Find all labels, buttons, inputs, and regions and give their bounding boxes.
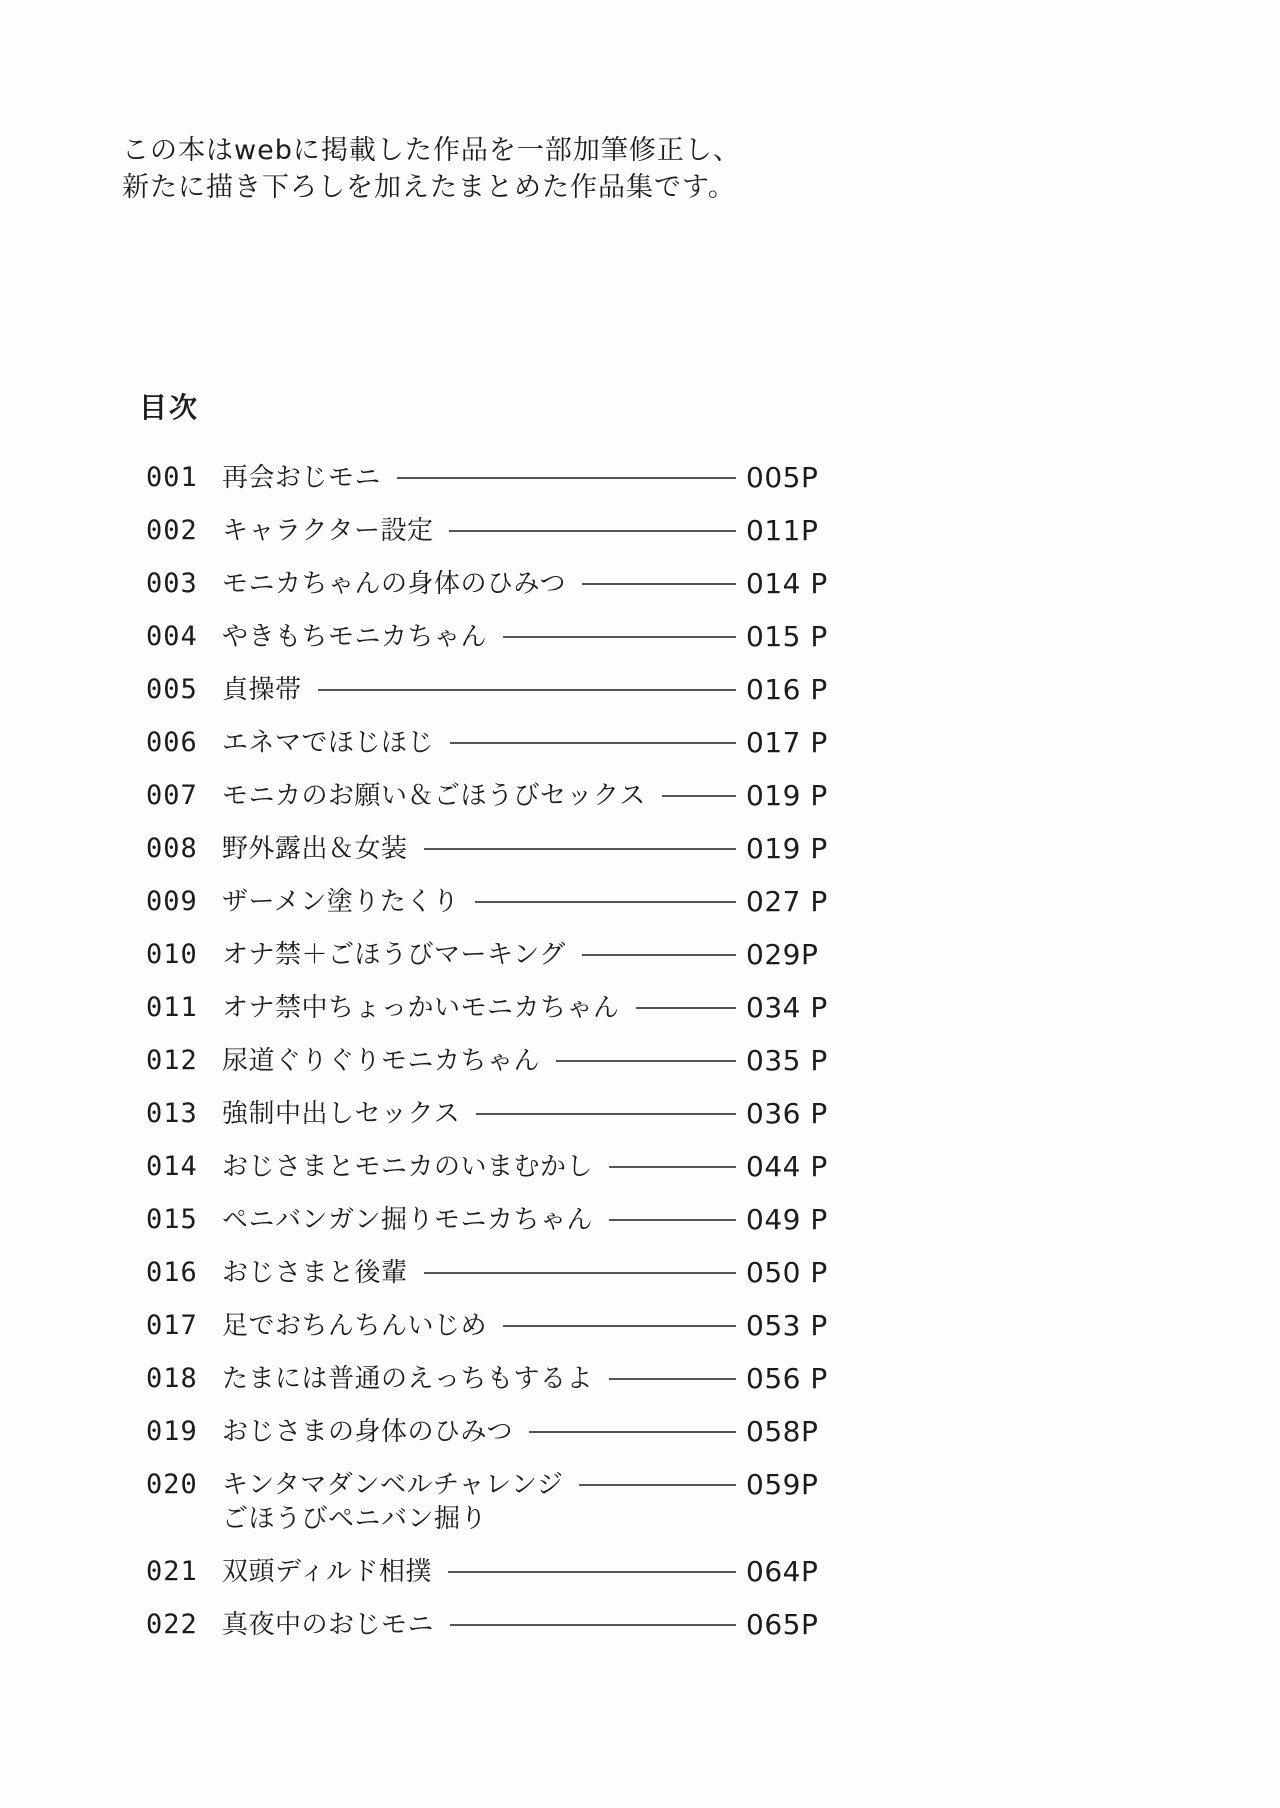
- toc-entry-title: モニカちゃんの身体のひみつ: [222, 567, 566, 601]
- toc-entry-number: 006: [146, 726, 222, 760]
- toc-row: 012 尿道ぐりぐりモニカちゃん 035 P: [146, 1044, 823, 1078]
- toc-row: 022 真夜中のおじモニ 065P: [146, 1608, 823, 1642]
- toc-leader-line: [397, 477, 736, 479]
- toc-page-number: 017 P: [746, 726, 823, 760]
- toc-entry-title: オナ禁＋ごほうびマーキング: [222, 938, 566, 972]
- toc-leader-line: [318, 689, 736, 691]
- toc-entry-title-line: 貞操帯: [222, 673, 302, 707]
- toc-entry-number: 008: [146, 832, 222, 866]
- toc-row: 016 おじさまと後輩 050 P: [146, 1256, 823, 1290]
- toc-entry-title-line: ザーメン塗りたくり: [222, 885, 459, 919]
- toc-entry-number: 012: [146, 1044, 222, 1078]
- toc-entry-number: 022: [146, 1608, 222, 1642]
- toc-leader-line: [529, 1431, 736, 1433]
- toc-leader-line: [450, 1624, 736, 1626]
- toc-heading: 目次: [139, 386, 199, 426]
- toc-page-number: 029P: [746, 938, 823, 972]
- toc-page-number: 053 P: [746, 1309, 823, 1343]
- toc-leader-line: [662, 795, 736, 797]
- toc-leader-line: [424, 1272, 736, 1274]
- toc-entry-title: 貞操帯: [222, 673, 302, 707]
- toc-entry-title-line: 強制中出しセックス: [222, 1097, 460, 1131]
- toc-entry-title: 真夜中のおじモニ: [222, 1608, 434, 1642]
- toc-leader-line: [582, 583, 736, 585]
- toc-entry-title: おじさまとモニカのいまむかし: [222, 1150, 593, 1184]
- toc-row: 001 再会おじモニ 005P: [146, 461, 823, 495]
- toc-entry-number: 021: [146, 1555, 222, 1589]
- toc-entry-title-line: 双頭ディルド相撲: [222, 1555, 432, 1589]
- toc-entry-number: 004: [146, 620, 222, 654]
- toc-row: 011 オナ禁中ちょっかいモニカちゃん 034 P: [146, 991, 823, 1025]
- toc-row: 017 足でおちんちんいじめ 053 P: [146, 1309, 823, 1343]
- toc-entry-number: 011: [146, 991, 222, 1025]
- toc-entry-title-line: オナ禁中ちょっかいモニカちゃん: [222, 991, 620, 1025]
- toc-entry-title-line: ペニバンガン掘りモニカちゃん: [222, 1203, 593, 1237]
- toc-entry-title: キンタマダンベルチャレンジごほうびペニバン掘り: [222, 1468, 563, 1536]
- toc-leader-line: [476, 1113, 736, 1115]
- intro-note-line-1: この本はwebに掲載した作品を一部加筆修正し、: [122, 132, 741, 169]
- toc-entry-title: 強制中出しセックス: [222, 1097, 460, 1131]
- toc-leader-line: [609, 1166, 736, 1168]
- toc-page-number: 019 P: [746, 779, 823, 813]
- toc-page-number: 011P: [746, 514, 823, 548]
- toc-row: 008 野外露出＆女装 019 P: [146, 832, 823, 866]
- toc-entry-title-line: やきもちモニカちゃん: [222, 620, 487, 654]
- toc-page-number: 056 P: [746, 1362, 823, 1396]
- toc-entry-title-line: 野外露出＆女装: [222, 832, 408, 866]
- toc-entry-title-line: オナ禁＋ごほうびマーキング: [222, 938, 566, 972]
- toc-entry-title: 再会おじモニ: [222, 461, 381, 495]
- toc-row: 006 エネマでほじほじ 017 P: [146, 726, 823, 760]
- toc-row: 015 ペニバンガン掘りモニカちゃん 049 P: [146, 1203, 823, 1237]
- toc-page-number: 019 P: [746, 832, 823, 866]
- toc-list: 001 再会おじモニ 005P 002 キャラクター設定 011P 003 モニ…: [146, 461, 823, 1661]
- toc-entry-title: モニカのお願い＆ごほうびセックス: [222, 779, 646, 813]
- toc-entry-title-line: キャラクター設定: [222, 514, 433, 548]
- toc-entry-number: 014: [146, 1150, 222, 1184]
- toc-entry-number: 019: [146, 1415, 222, 1449]
- toc-entry-number: 005: [146, 673, 222, 707]
- toc-row: 003 モニカちゃんの身体のひみつ 014 P: [146, 567, 823, 601]
- toc-entry-title: キャラクター設定: [222, 514, 433, 548]
- toc-entry-title-line: 真夜中のおじモニ: [222, 1608, 434, 1642]
- toc-entry-title: やきもちモニカちゃん: [222, 620, 487, 654]
- toc-entry-title: ペニバンガン掘りモニカちゃん: [222, 1203, 593, 1237]
- toc-row: 019 おじさまの身体のひみつ 058P: [146, 1415, 823, 1449]
- toc-leader-line: [609, 1219, 736, 1221]
- toc-page-number: 059P: [746, 1468, 823, 1502]
- toc-row: 004 やきもちモニカちゃん 015 P: [146, 620, 823, 654]
- toc-row: 007 モニカのお願い＆ごほうびセックス 019 P: [146, 779, 823, 813]
- toc-entry-title-line: モニカちゃんの身体のひみつ: [222, 567, 566, 601]
- toc-entry-number: 003: [146, 567, 222, 601]
- toc-entry-title-line: おじさまの身体のひみつ: [222, 1415, 513, 1449]
- toc-row: 005 貞操帯 016 P: [146, 673, 823, 707]
- toc-entry-title: 尿道ぐりぐりモニカちゃん: [222, 1044, 540, 1078]
- toc-entry-number: 016: [146, 1256, 222, 1290]
- toc-leader-line: [449, 530, 736, 532]
- toc-page-number: 064P: [746, 1555, 823, 1589]
- toc-row: 021 双頭ディルド相撲 064P: [146, 1555, 823, 1589]
- toc-entry-title: 足でおちんちんいじめ: [222, 1309, 487, 1343]
- toc-entry-title-line: 再会おじモニ: [222, 461, 381, 495]
- toc-entry-title-line: エネマでほじほじ: [222, 726, 434, 760]
- toc-page-number: 014 P: [746, 567, 823, 601]
- toc-entry-number: 010: [146, 938, 222, 972]
- toc-leader-line: [448, 1571, 736, 1573]
- toc-row: 018 たまには普通のえっちもするよ 056 P: [146, 1362, 823, 1396]
- toc-entry-title: おじさまと後輩: [222, 1256, 408, 1290]
- toc-entry-number: 017: [146, 1309, 222, 1343]
- toc-entry-title: 双頭ディルド相撲: [222, 1555, 432, 1589]
- toc-entry-title-line: たまには普通のえっちもするよ: [222, 1362, 593, 1396]
- toc-entry-title: エネマでほじほじ: [222, 726, 434, 760]
- toc-entry-title: おじさまの身体のひみつ: [222, 1415, 513, 1449]
- toc-page-number: 050 P: [746, 1256, 823, 1290]
- toc-page-number: 027 P: [746, 885, 823, 919]
- toc-row: 014 おじさまとモニカのいまむかし 044 P: [146, 1150, 823, 1184]
- toc-entry-title-line: ごほうびペニバン掘り: [222, 1502, 563, 1536]
- intro-note-line-2: 新たに描き下ろしを加えたまとめた作品集です。: [122, 169, 741, 206]
- toc-row: 010 オナ禁＋ごほうびマーキング 029P: [146, 938, 823, 972]
- toc-row: 013 強制中出しセックス 036 P: [146, 1097, 823, 1131]
- toc-page-number: 034 P: [746, 991, 823, 1025]
- toc-leader-line: [503, 636, 736, 638]
- toc-page-number: 065P: [746, 1608, 823, 1642]
- toc-entry-number: 007: [146, 779, 222, 813]
- toc-leader-line: [475, 901, 736, 903]
- toc-entry-title: ザーメン塗りたくり: [222, 885, 459, 919]
- toc-entry-title: 野外露出＆女装: [222, 832, 408, 866]
- toc-entry-title: オナ禁中ちょっかいモニカちゃん: [222, 991, 620, 1025]
- toc-leader-line: [503, 1325, 736, 1327]
- intro-note: この本はwebに掲載した作品を一部加筆修正し、 新たに描き下ろしを加えたまとめた…: [122, 132, 741, 206]
- toc-entry-number: 013: [146, 1097, 222, 1131]
- toc-page-number: 036 P: [746, 1097, 823, 1131]
- toc-page-number: 035 P: [746, 1044, 823, 1078]
- toc-leader-line: [450, 742, 736, 744]
- toc-page-number: 058P: [746, 1415, 823, 1449]
- toc-entry-title: たまには普通のえっちもするよ: [222, 1362, 593, 1396]
- toc-page-number: 016 P: [746, 673, 823, 707]
- toc-entry-number: 009: [146, 885, 222, 919]
- toc-entry-number: 015: [146, 1203, 222, 1237]
- toc-entry-title-line: おじさまとモニカのいまむかし: [222, 1150, 593, 1184]
- toc-page-number: 015 P: [746, 620, 823, 654]
- toc-entry-number: 018: [146, 1362, 222, 1396]
- toc-row: 020 キンタマダンベルチャレンジごほうびペニバン掘り 059P: [146, 1468, 823, 1536]
- toc-entry-title-line: キンタマダンベルチャレンジ: [222, 1468, 563, 1502]
- toc-entry-title-line: モニカのお願い＆ごほうびセックス: [222, 779, 646, 813]
- toc-page-number: 044 P: [746, 1150, 823, 1184]
- toc-leader-line: [556, 1060, 736, 1062]
- toc-entry-title-line: おじさまと後輩: [222, 1256, 408, 1290]
- toc-entry-title-line: 足でおちんちんいじめ: [222, 1309, 487, 1343]
- toc-leader-line: [609, 1378, 736, 1380]
- toc-leader-line: [579, 1484, 736, 1486]
- toc-leader-line: [582, 954, 736, 956]
- toc-entry-number: 002: [146, 514, 222, 548]
- toc-row: 002 キャラクター設定 011P: [146, 514, 823, 548]
- toc-leader-line: [424, 848, 736, 850]
- toc-page-number: 005P: [746, 461, 823, 495]
- toc-entry-title-line: 尿道ぐりぐりモニカちゃん: [222, 1044, 540, 1078]
- toc-entry-number: 001: [146, 461, 222, 495]
- toc-leader-line: [636, 1007, 736, 1009]
- toc-entry-number: 020: [146, 1468, 222, 1502]
- toc-page-number: 049 P: [746, 1203, 823, 1237]
- toc-row: 009 ザーメン塗りたくり 027 P: [146, 885, 823, 919]
